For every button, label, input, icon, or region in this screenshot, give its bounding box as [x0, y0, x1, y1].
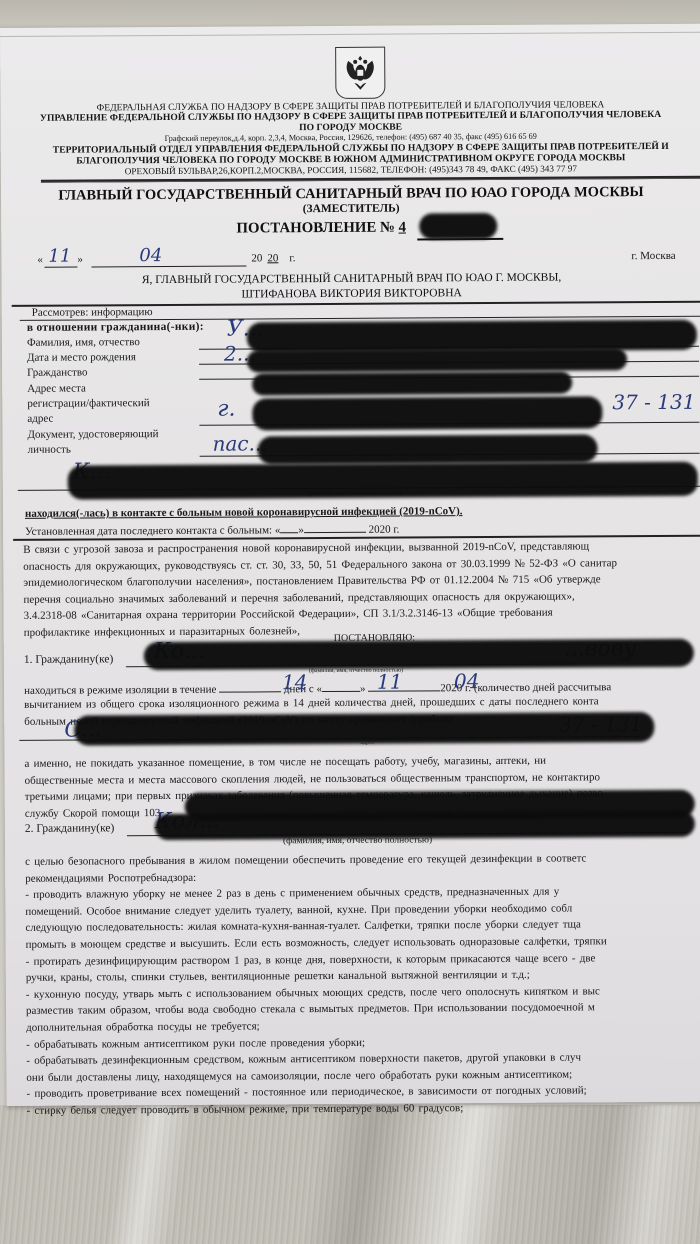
document-page: ФЕДЕРАЛЬНАЯ СЛУЖБА ПО НАДЗОРУ В СФЕРЕ ЗА… [0, 24, 700, 1106]
header-divider [41, 176, 700, 183]
full-name-label: Фамилия, имя, отчество [27, 336, 140, 349]
contact-statement: находился(-лась) в контакте с больным но… [25, 505, 463, 520]
redaction-document [257, 434, 597, 464]
fabric-background-bottom [0, 1105, 700, 1244]
redaction-address [252, 396, 602, 430]
last-contact-label: Установленная дата последнего контакта с… [25, 522, 399, 538]
redaction-birth [247, 348, 627, 372]
date-year-suffix: 20 [267, 252, 278, 264]
coat-of-arms-icon [335, 47, 385, 99]
official-position: Я, ГЛАВНЫЙ ГОСУДАРСТВЕННЫЙ САНИТАРНЫЙ ВР… [2, 271, 700, 287]
date-year-prefix: 20 [251, 252, 262, 264]
considered-label: Рассмотрев: информацию [32, 306, 153, 319]
address-label-3: адрес [27, 413, 53, 425]
resolution-label: ПОСТАНОВЛЕНИЕ № [236, 220, 394, 237]
id-doc-label-2: личность [28, 444, 71, 456]
date-city: г. Москва [631, 250, 675, 262]
redaction-extra [68, 462, 698, 500]
date-day-line [44, 267, 77, 268]
isolation-from-day: 11 [377, 670, 403, 694]
redaction-item1-name [144, 639, 694, 670]
item2-caption: (фамилия, имя, отчество полностью) [283, 835, 432, 846]
official-name: ШТИФАНОВА ВИКТОРИЯ ВИКТОРОВНА [2, 286, 700, 302]
citizenship-label: Гражданство [27, 366, 87, 378]
address-label-2: регистрации/фактический [27, 397, 149, 410]
date-open-quote: « [37, 254, 43, 266]
date-month-line [91, 265, 246, 267]
title-resolution: ПОСТАНОВЛЕНИЕ № 4 [0, 218, 671, 239]
paper-fold-edge [0, 32, 700, 37]
date-close-quote: » [77, 253, 83, 265]
item2-label: 2. Гражданину(ке) [25, 822, 115, 835]
resolution-number: 4 [399, 220, 407, 236]
redaction-resolution-number [419, 213, 497, 239]
birth-label: Дата и место рождения [27, 351, 136, 364]
date-year-unit: г. [289, 252, 295, 264]
hw-address-end: 37 - 131 [612, 390, 695, 415]
address-label-1: Адрес места [27, 382, 86, 394]
id-doc-label-1: Документ, удостоверяющий [27, 428, 158, 441]
isolation-days: 14 [282, 670, 308, 694]
date-month: 04 [139, 245, 162, 266]
hw-address: г. [217, 397, 235, 422]
resolution-underline [417, 238, 503, 241]
regarding-label: в отношении гражданина(-нки): [27, 321, 204, 334]
disinfection-paragraph: с целью безопасного пребывания в жилом п… [25, 850, 700, 1120]
item1-label: 1. Гражданину(ке) [24, 653, 114, 666]
date-day: 11 [48, 246, 71, 267]
item1-address-caption: адрес [360, 740, 374, 746]
preamble-paragraph: В связи с угрозой завоза и распространен… [23, 538, 700, 642]
redaction-citizenship [252, 372, 572, 396]
redaction-name [247, 320, 697, 353]
isolation-from-month: 04 [454, 669, 480, 693]
